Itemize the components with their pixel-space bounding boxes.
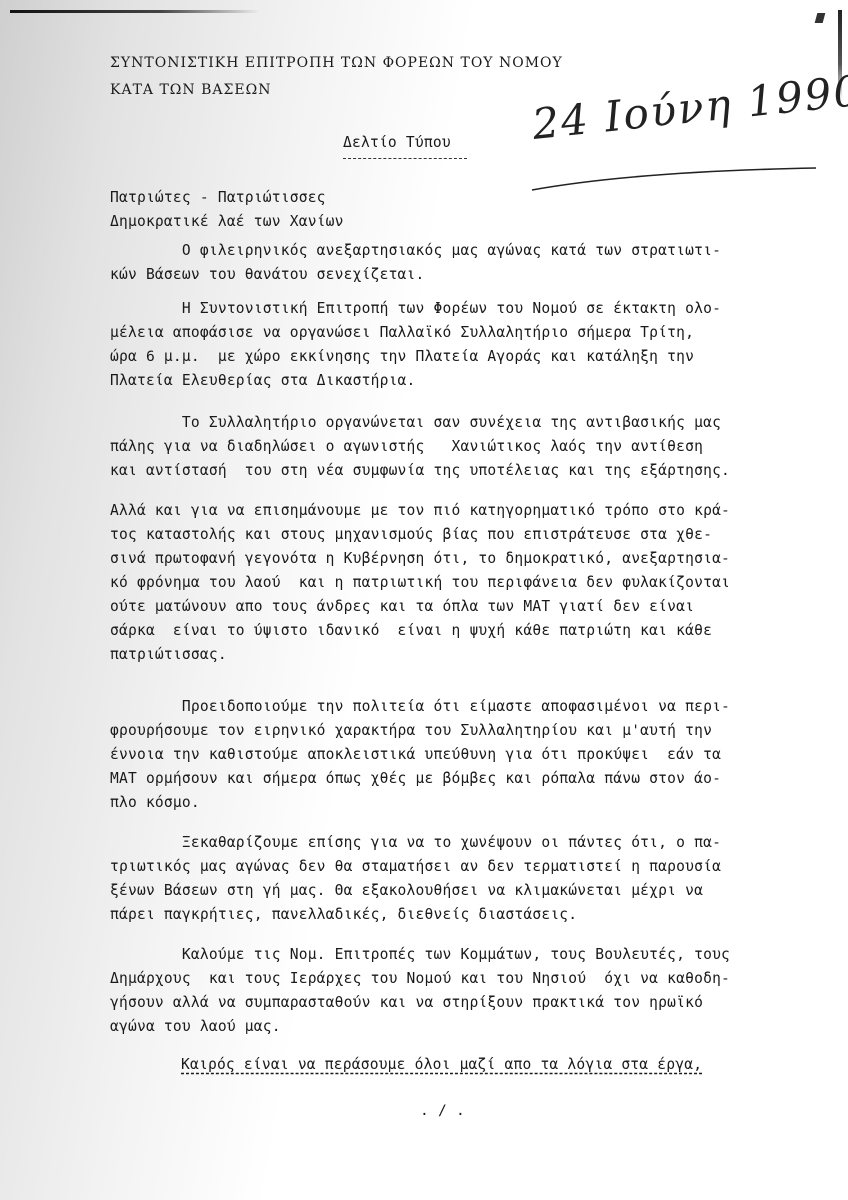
continuation-mark: . / . [420, 1102, 465, 1120]
body-text-line: πλο κόσμο. [110, 794, 200, 812]
body-text-line: ξένων Βάσεων στη γή μας. Θα εξακολουθήσε… [110, 882, 703, 900]
body-text-line: σάρκα είναι το ύψιστο ιδανικό είναι η ψυ… [110, 622, 712, 640]
body-text-line: ΜΑΤ ορμήσουν και σήμερα όπως χθές με βόμ… [110, 770, 721, 788]
body-text-line: Ο φιλειρηνικός ανεξαρτησιακός μας αγώνας… [110, 242, 721, 260]
scan-edge-top [10, 10, 260, 13]
organization-name-line2: ΚΑΤΑ ΤΩΝ ΒΑΣΕΩΝ [110, 81, 272, 99]
body-text-line: έννοια την καθιστούμε αποκλειστικά υπεύθ… [110, 746, 721, 764]
body-text-line: και αντίστασή του στη νέα συμφωνία της υ… [110, 462, 730, 480]
salutation-line1: Πατριώτες - Πατριώτισσες [110, 189, 326, 207]
body-text-line: ώρα 6 μ.μ. με χώρο εκκίνησης την Πλατεία… [110, 348, 694, 366]
body-text-line: ούτε ματώνουν απο τους άνδρες και τα όπλ… [110, 598, 694, 616]
body-text-line: σινά πρωτοφανή γεγονότα η Κυβέρνηση ότι,… [110, 550, 730, 568]
organization-name-line1: ΣΥΝΤΟΝΙΣΤΙΚΗ ΕΠΙΤΡΟΠΗ ΤΩΝ ΦΟΡΕΩΝ ΤΟΥ ΝΟΜ… [110, 54, 563, 72]
body-text-line: πάλης για να διαδηλώσει ο αγωνιστής Χανι… [110, 438, 703, 456]
body-text-line: πάρει παγκρήτιες, πανελλαδικές, διεθνείς… [110, 906, 577, 924]
body-text-line: πατριώτισσας. [110, 646, 227, 664]
body-text-line: τριωτικός μας αγώνας δεν θα σταματήσει α… [110, 858, 721, 876]
body-text-line: Προειδοποιούμε την πολιτεία ότι είμαστε … [110, 698, 730, 716]
body-text-line: κών Βάσεων του θανάτου σενεχίζεται. [110, 266, 425, 284]
body-text-line: φρουρήσουμε τον ειρηνικό χαρακτήρα του Σ… [110, 722, 712, 740]
body-text-line: Αλλά και για να επισημάνουμε με τον πιό … [110, 502, 730, 520]
title-dashed-underline [343, 158, 467, 159]
body-text-line: γήσουν αλλά να συμπαρασταθούν και να στη… [110, 994, 703, 1012]
handwritten-underline [530, 164, 818, 194]
body-text-line: Δημάρχους και τους Ιεράρχες του Νομού κα… [110, 970, 730, 988]
body-text-line: τος καταστολής και στους μηχανισμούς βία… [110, 526, 712, 544]
body-text-line: Καλούμε τις Νομ. Επιτροπές των Κομμάτων,… [110, 946, 730, 964]
body-text-line: Το Συλλαλητήριο οργανώνεται σαν συνέχεια… [110, 414, 721, 432]
body-text-line: αγώνα του λαού μας. [110, 1018, 281, 1036]
salutation-line2: Δημοκρατικέ λαέ των Χανίων [110, 213, 344, 231]
body-text-line: Ξεκαθαρίζουμε επίσης για να το χωνέψουν … [110, 834, 721, 852]
document-type-title: Δελτίο Τύπου [343, 134, 451, 152]
body-text-line: κό φρόνημα του λαού και η πατριωτική του… [110, 574, 730, 592]
body-text-line: Η Συντονιστική Επιτροπή των Φορέων του Ν… [110, 300, 721, 318]
closing-statement: Καιρός είναι να περάσουμε όλοι μαζί απο … [181, 1056, 702, 1074]
body-text-line: Πλατεία Ελευθερίας στα Δικαστήρια. [110, 372, 416, 390]
body-text-line: μέλεια αποφάσισε να οργανώσει Παλλαϊκό Σ… [110, 324, 694, 342]
